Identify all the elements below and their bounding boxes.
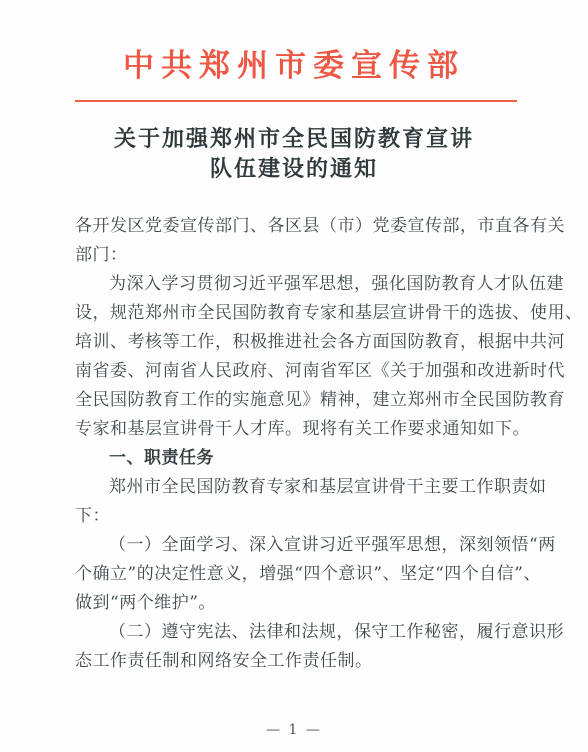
document-title-line-1: 关于加强郑州市全民国防教育宣讲 [114,126,474,152]
document-title-line-2: 队伍建设的通知 [210,156,378,182]
body-line-13: 个确立”的决定性意义，增强“四个意识”、坚定“四个自信”、 [75,560,517,589]
letterhead-divider [75,100,517,102]
document-title: 关于加强郑州市全民国防教育宣讲 队伍建设的通知 [0,124,588,184]
body-line-1: 各开发区党委宣传部门、各区县（市）党委宣传部，市直各有关 [75,212,517,241]
document-page: 中共郑州市委宣传部 关于加强郑州市全民国防教育宣讲 队伍建设的通知 各开发区党委… [0,0,588,752]
body-line-4: 设，规范郑州市全民国防教育专家和基层宣讲骨干的选拔、使用、 [75,299,517,328]
section-heading-duties: 一、职责任务 [75,444,517,473]
body-line-15: （二）遵守宪法、法律和法规，保守工作秘密，履行意识形 [75,618,517,647]
body-line-6: 南省委、河南省人民政府、河南省军区《关于加强和改进新时代 [75,357,517,386]
body-line-8: 专家和基层宣讲骨干人才库。现将有关工作要求通知如下。 [75,415,517,444]
body-line-14: 做到“两个维护”。 [75,589,517,618]
body-line-3: 为深入学习贯彻习近平强军思想，强化国防教育人才队伍建 [75,270,517,299]
body-line-7: 全民国防教育工作的实施意见》精神，建立郑州市全民国防教育 [75,386,517,415]
body-line-16: 态工作责任制和网络安全工作责任制。 [75,647,517,676]
body-line-5: 培训、考核等工作，积极推进社会各方面国防教育，根据中共河 [75,328,517,357]
body-line-11: 下： [75,502,517,531]
document-body: 各开发区党委宣传部门、各区县（市）党委宣传部，市直各有关 部门： 为深入学习贯彻… [75,212,517,676]
body-line-10: 郑州市全民国防教育专家和基层宣讲骨干主要工作职责如 [75,473,517,502]
page-number: — 1 — [0,722,588,738]
letterhead-org-name: 中共郑州市委宣传部 [0,40,588,85]
body-line-12: （一）全面学习、深入宣讲习近平强军思想，深刻领悟“两 [75,531,517,560]
body-line-2: 部门： [75,241,517,270]
